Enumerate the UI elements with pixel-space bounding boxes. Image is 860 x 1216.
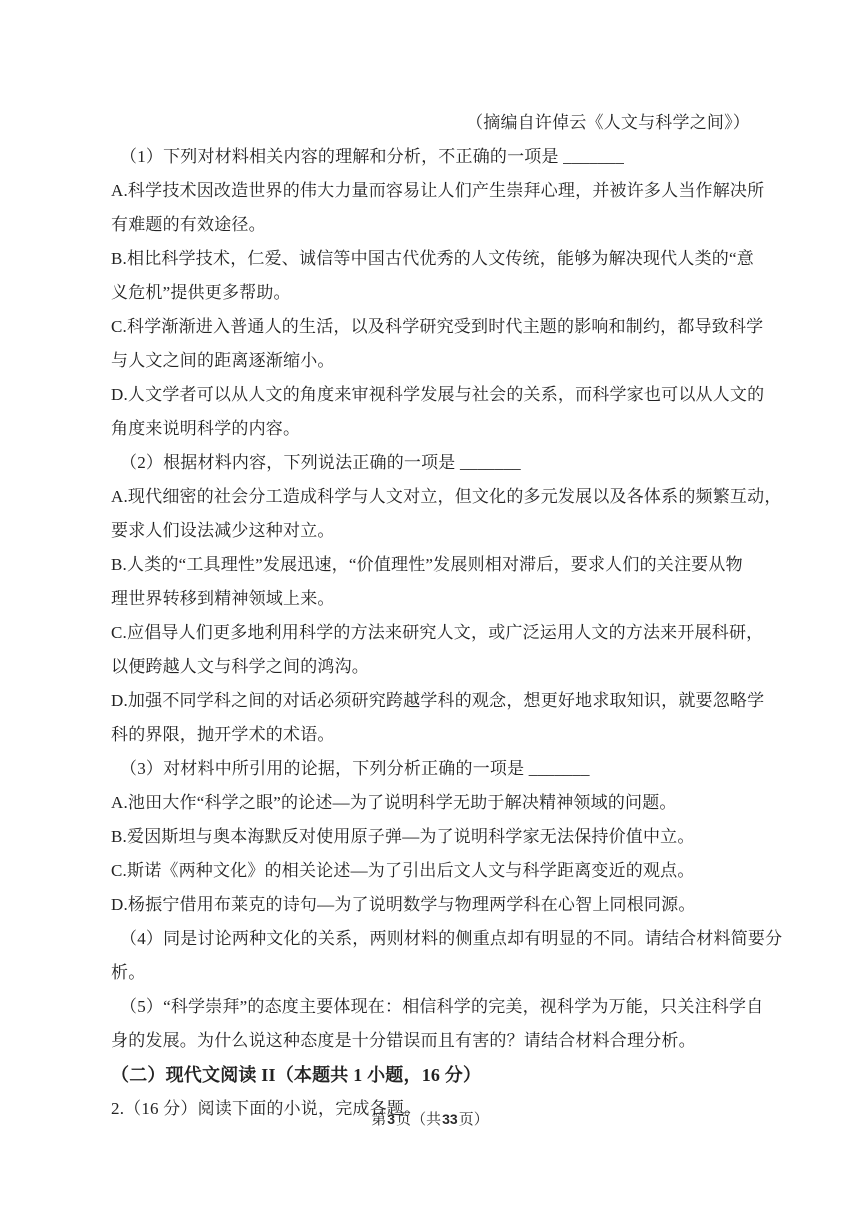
q2-option-a: A.现代细密的社会分工造成科学与人文对立，但文化的多元发展以及各体系的频繁互动， xyxy=(111,480,750,514)
q2-option-d-cont: 科的界限，抛开学术的术语。 xyxy=(111,718,750,752)
section-2-heading: （二）现代文阅读 II（本题共 1 小题，16 分） xyxy=(111,1058,750,1092)
footer-middle: 页（共 xyxy=(396,1112,441,1128)
page-footer: 第3页（共33页） xyxy=(0,1104,860,1135)
q4-stem: （4）同是讨论两种文化的关系，两则材料的侧重点却有明显的不同。请结合材料简要分 xyxy=(111,922,750,956)
q2-option-a-cont: 要求人们设法减少这种对立。 xyxy=(111,514,750,548)
q2-option-c: C.应倡导人们更多地利用科学的方法来研究人文，或广泛运用人文的方法来开展科研， xyxy=(111,616,750,650)
footer-suffix: 页） xyxy=(459,1112,489,1128)
q1-option-a-cont: 有难题的有效途径。 xyxy=(111,208,750,242)
q1-option-d: D.人文学者可以从人文的角度来审视科学发展与社会的关系，而科学家也可以从人文的 xyxy=(111,378,750,412)
q3-option-c: C.斯诺《两种文化》的相关论述—为了引出后文人文与科学距离变近的观点。 xyxy=(111,854,750,888)
footer-prefix: 第 xyxy=(371,1112,386,1128)
q1-option-c-cont: 与人文之间的距离逐渐缩小。 xyxy=(111,344,750,378)
q2-option-d: D.加强不同学科之间的对话必须研究跨越学科的观念，想更好地求取知识，就要忽略学 xyxy=(111,684,750,718)
q3-stem: （3）对材料中所引用的论据，下列分析正确的一项是 _______ xyxy=(111,752,750,786)
q3-option-d: D.杨振宁借用布莱克的诗句—为了说明数学与物理两学科在心智上同根同源。 xyxy=(111,888,750,922)
q2-option-b-cont: 理世界转移到精神领域上来。 xyxy=(111,582,750,616)
q1-option-b-cont: 义危机”提供更多帮助。 xyxy=(111,276,750,310)
q1-option-b: B.相比科学技术，仁爱、诚信等中国古代优秀的人文传统，能够为解决现代人类的“意 xyxy=(111,242,750,276)
q1-option-a: A.科学技术因改造世界的伟大力量而容易让人们产生崇拜心理，并被许多人当作解决所 xyxy=(111,174,750,208)
q2-option-b: B.人类的“工具理性”发展迅速，“价值理性”发展则相对滞后，要求人们的关注要从物 xyxy=(111,548,750,582)
attribution-line: （摘编自许倬云《人文与科学之间》） xyxy=(111,106,750,140)
q1-stem: （1）下列对材料相关内容的理解和分析，不正确的一项是 _______ xyxy=(111,140,750,174)
q5-stem-cont: 身的发展。为什么说这种态度是十分错误而且有害的？请结合材料合理分析。 xyxy=(111,1024,750,1058)
footer-page-number: 3 xyxy=(386,1111,396,1127)
footer-total-pages: 33 xyxy=(441,1111,459,1127)
document-body: （摘编自许倬云《人文与科学之间》）（1）下列对材料相关内容的理解和分析，不正确的… xyxy=(111,106,750,1126)
q3-option-b: B.爱因斯坦与奥本海默反对使用原子弹—为了说明科学家无法保持价值中立。 xyxy=(111,820,750,854)
q2-option-c-cont: 以便跨越人文与科学之间的鸿沟。 xyxy=(111,650,750,684)
q1-option-c: C.科学渐渐进入普通人的生活，以及科学研究受到时代主题的影响和制约，都导致科学 xyxy=(111,310,750,344)
q2-stem: （2）根据材料内容，下列说法正确的一项是 _______ xyxy=(111,446,750,480)
q3-option-a: A.池田大作“科学之眼”的论述—为了说明科学无助于解决精神领域的问题。 xyxy=(111,786,750,820)
q5-stem: （5）“科学崇拜”的态度主要体现在：相信科学的完美，视科学为万能，只关注科学自 xyxy=(111,990,750,1024)
q1-option-d-cont: 角度来说明科学的内容。 xyxy=(111,412,750,446)
q4-stem-cont: 析。 xyxy=(111,956,750,990)
